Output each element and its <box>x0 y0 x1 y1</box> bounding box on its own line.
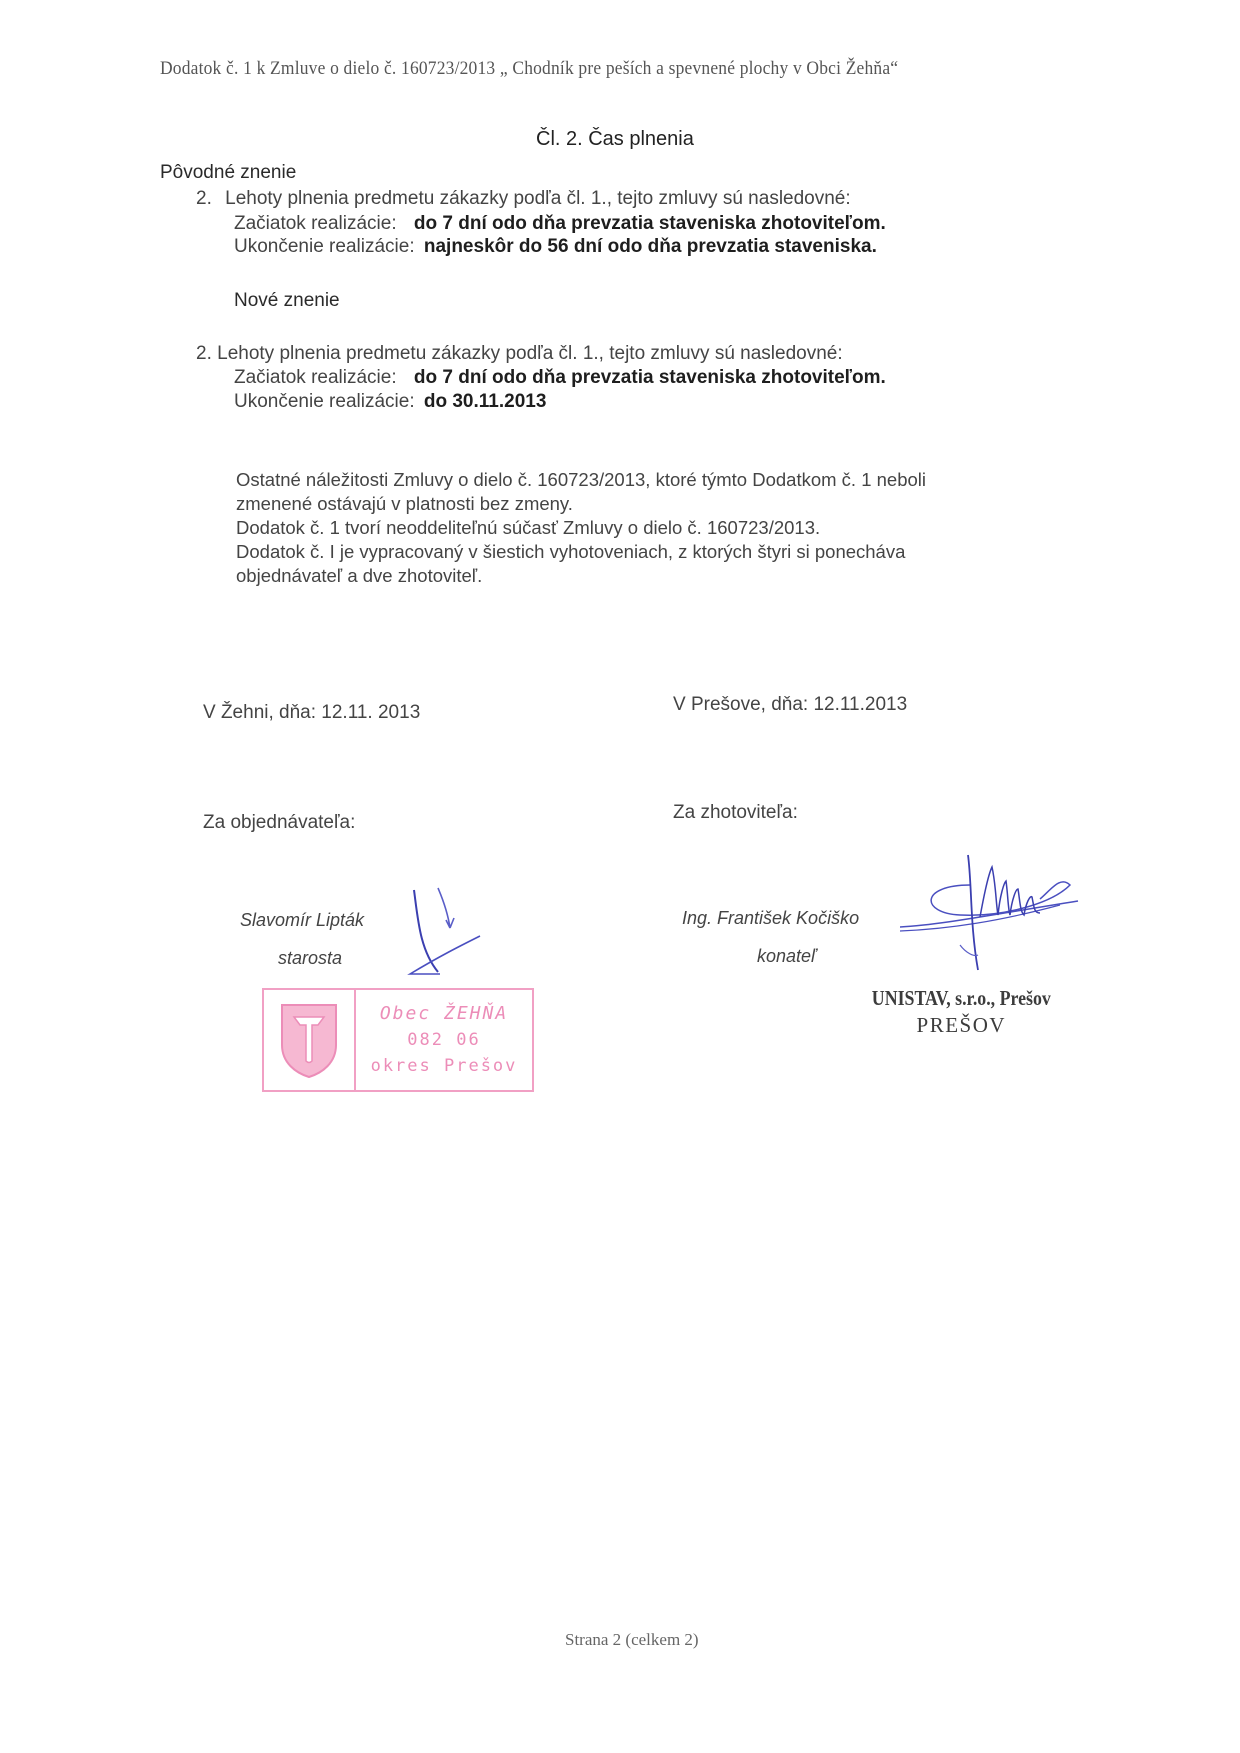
original-intro-text: Lehoty plnenia predmetu zákazky podľa čl… <box>225 188 851 209</box>
right-signatory-title: konateľ <box>757 946 816 967</box>
closing-paragraph: Ostatné náležitosti Zmluvy o dielo č. 16… <box>236 468 926 588</box>
closing-line: Ostatné náležitosti Zmluvy o dielo č. 16… <box>236 468 926 492</box>
company-stamp-line-1: UNISTAV, s.r.o., Prešov <box>872 986 1051 1011</box>
right-signature-icon <box>900 845 1080 975</box>
new-heading: Nové znenie <box>234 290 340 312</box>
closing-line: Dodatok č. I je vypracovaný v šiestich v… <box>236 540 926 564</box>
original-heading: Pôvodné znenie <box>160 162 296 184</box>
left-role: Za objednávateľa: <box>203 812 355 834</box>
original-end-value: najneskôr do 56 dní odo dňa prevzatia st… <box>424 236 877 257</box>
left-signature-icon <box>400 880 490 980</box>
left-signatory-name: Slavomír Lipták <box>240 910 364 931</box>
right-signatory-name: Ing. František Kočiško <box>682 908 859 929</box>
new-intro: 2. Lehoty plnenia predmetu zákazky podľa… <box>196 343 843 365</box>
stamp-line-3: okres Prešov <box>371 1053 518 1079</box>
new-start-value: do 7 dní odo dňa prevzatia staveniska zh… <box>414 367 886 388</box>
left-signatory-title: starosta <box>278 948 342 969</box>
municipal-stamp: Obec ŽEHŇA 082 06 okres Prešov <box>262 988 534 1092</box>
article-title: Čl. 2. Čas plnenia <box>536 128 694 151</box>
closing-line: zmenené ostávajú v platnosti bez zmeny. <box>236 492 926 516</box>
original-end: Ukončenie realizácie: najneskôr do 56 dn… <box>234 236 877 258</box>
new-start-label: Začiatok realizácie: <box>234 367 397 388</box>
new-start: Začiatok realizácie: do 7 dní odo dňa pr… <box>234 367 886 389</box>
company-stamp-line-2: PREŠOV <box>856 1013 1067 1038</box>
closing-line: Dodatok č. 1 tvorí neoddeliteľnú súčasť … <box>236 516 926 540</box>
document-header: Dodatok č. 1 k Zmluve o dielo č. 160723/… <box>160 58 898 80</box>
company-stamp: UNISTAV, s.r.o., Prešov PREŠOV <box>856 986 1067 1038</box>
new-end-value: do 30.11.2013 <box>424 391 547 412</box>
original-start: Začiatok realizácie: do 7 dní odo dňa pr… <box>234 213 886 235</box>
new-end: Ukončenie realizácie: do 30.11.2013 <box>234 391 546 413</box>
coat-of-arms-icon <box>264 990 356 1090</box>
stamp-line-2: 082 06 <box>407 1027 480 1053</box>
original-intro: 2. Lehoty plnenia predmetu zákazky podľa… <box>196 188 851 210</box>
page-number: Strana 2 (celkem 2) <box>565 1630 699 1650</box>
closing-line: objednávateľ a dve zhotoviteľ. <box>236 564 926 588</box>
stamp-line-1: Obec ŽEHŇA <box>380 1001 508 1027</box>
right-role: Za zhotoviteľa: <box>673 802 798 824</box>
item-number: 2. <box>196 188 212 209</box>
new-end-label: Ukončenie realizácie: <box>234 391 415 412</box>
original-end-label: Ukončenie realizácie: <box>234 236 415 257</box>
original-start-value: do 7 dní odo dňa prevzatia staveniska zh… <box>414 213 886 234</box>
right-place-date: V Prešove, dňa: 12.11.2013 <box>673 694 907 716</box>
original-start-label: Začiatok realizácie: <box>234 213 397 234</box>
left-place-date: V Žehni, dňa: 12.11. 2013 <box>203 702 420 724</box>
